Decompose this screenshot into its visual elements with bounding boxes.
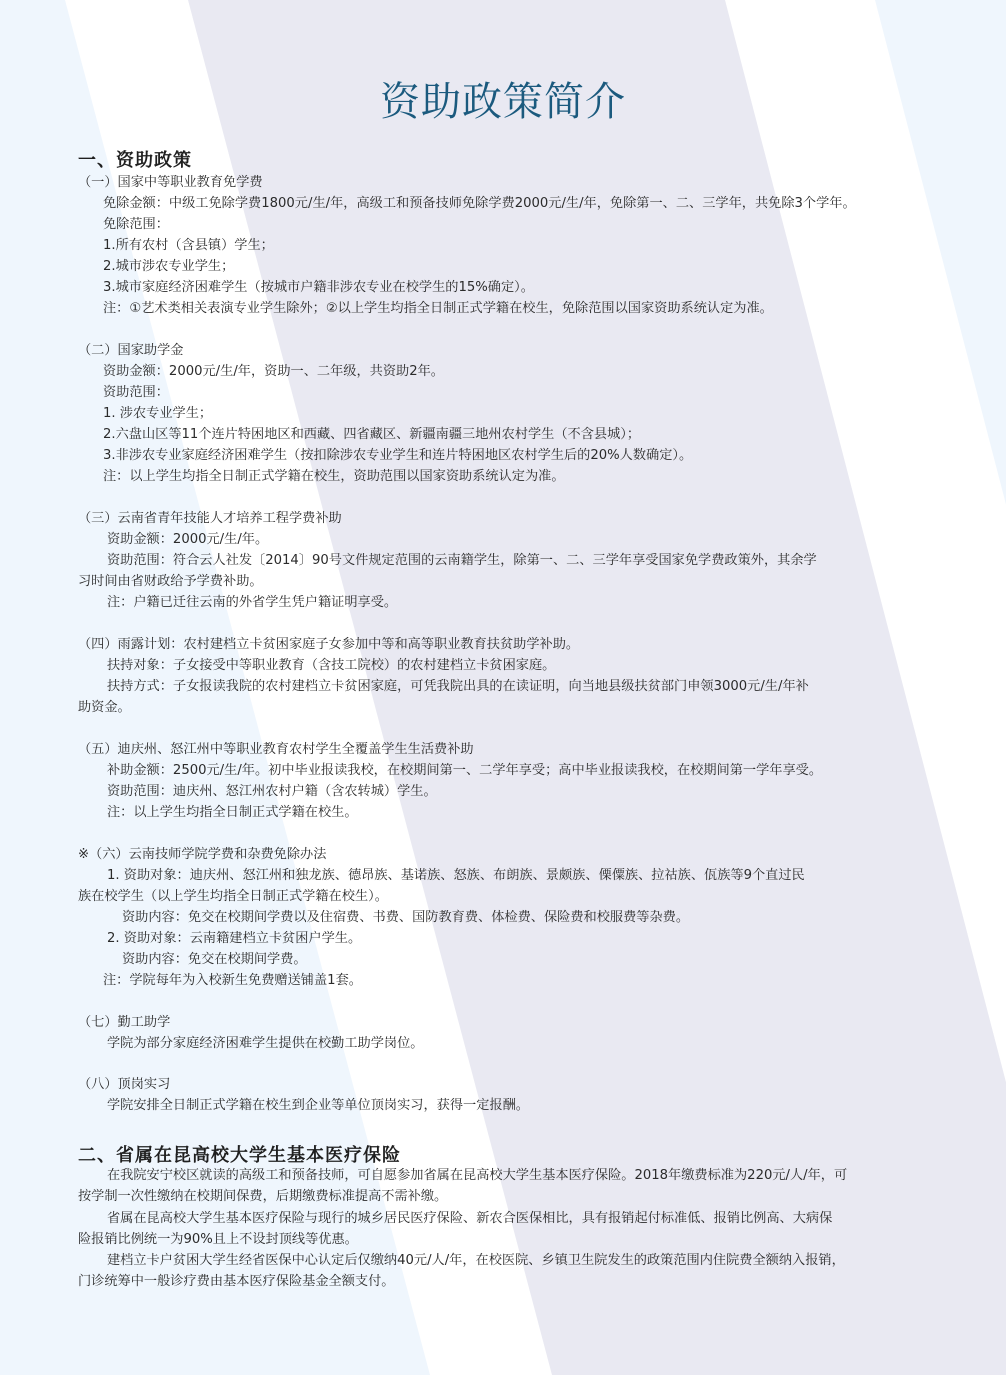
paragraph-line: 学院安排全日制正式学籍在校生到企业等单位顶岗实习，获得一定报酬。 — [107, 1096, 529, 1116]
subsection-heading: ※（六）云南技师学院学费和杂费免除办法 — [78, 845, 326, 865]
paragraph-line: 资助内容：免交在校期间学费。 — [122, 950, 307, 970]
list-item: 2.城市涉农专业学生； — [103, 257, 234, 277]
paragraph-line: 族在校学生（以上学生均指全日制正式学籍在校生）。 — [78, 887, 388, 907]
paragraph-line: 资助内容：免交在校期间学费以及住宿费、书费、国防教育费、体检费、保险费和校服费等… — [122, 908, 689, 928]
subsection-heading: （七）勤工助学 — [78, 1013, 170, 1033]
paragraph-line: 资助范围： — [103, 383, 169, 403]
paragraph-line: 资助金额：2000元/生/年，资助一、二年级，共资助2年。 — [103, 362, 444, 382]
subsection-heading: （二）国家助学金 — [78, 341, 184, 361]
paragraph-line: 学院为部分家庭经济困难学生提供在校勤工助学岗位。 — [107, 1034, 424, 1054]
note-text: 注：①艺术类相关表演专业学生除外；②以上学生均指全日制正式学籍在校生，免除范围以… — [103, 299, 773, 319]
section-heading-medical-insurance: 二、省属在昆高校大学生基本医疗保险 — [78, 1141, 401, 1167]
paragraph-line: 资助范围：符合云人社发〔2014〕90号文件规定范围的云南籍学生，除第一、二、三… — [107, 551, 817, 571]
paragraph-line: 2. 资助对象：云南籍建档立卡贫困户学生。 — [107, 929, 361, 949]
paragraph-line: 险报销比例统一为90%且上不设封顶线等优惠。 — [78, 1230, 358, 1250]
list-item: 2.六盘山区等11个连片特困地区和西藏、四省藏区、新疆南疆三地州农村学生（不含县… — [103, 425, 640, 445]
page-title: 资助政策简介 — [0, 70, 1006, 127]
list-item: 1.所有农村（含县镇）学生； — [103, 236, 274, 256]
note-text: 注：户籍已迁往云南的外省学生凭户籍证明享受。 — [107, 593, 397, 613]
paragraph-line: 省属在昆高校大学生基本医疗保险与现行的城乡居民医疗保险、新农合医保相比，具有报销… — [107, 1209, 832, 1229]
subsection-heading: （八）顶岗实习 — [78, 1075, 170, 1095]
paragraph-line: 按学制一次性缴纳在校期间保费，后期缴费标准提高不需补缴。 — [78, 1187, 447, 1207]
note-text: 注：以上学生均指全日制正式学籍在校生。 — [107, 803, 358, 823]
paragraph-line: 建档立卡户贫困大学生经省医保中心认定后仅缴纳40元/人/年，在校医院、乡镇卫生院… — [107, 1251, 845, 1271]
subsection-heading: （五）迪庆州、怒江州中等职业教育农村学生全覆盖学生生活费补助 — [78, 740, 474, 760]
list-item: 3.城市家庭经济困难学生（按城市户籍非涉农专业在校学生的15%确定）。 — [103, 278, 534, 298]
subsection-heading: （四）雨露计划：农村建档立卡贫困家庭子女参加中等和高等职业教育扶贫助学补助。 — [78, 635, 579, 655]
paragraph-line: 助资金。 — [78, 698, 131, 718]
paragraph-line: 资助范围：迪庆州、怒江州农村户籍（含农转城）学生。 — [107, 782, 437, 802]
paragraph-line: 免除范围： — [103, 215, 169, 235]
paragraph-line: 在我院安宁校区就读的高级工和预备技师，可自愿参加省属在昆高校大学生基本医疗保险。… — [107, 1166, 847, 1186]
list-item: 3.非涉农专业家庭经济困难学生（按扣除涉农专业学生和连片特困地区农村学生后的20… — [103, 446, 692, 466]
list-item: 1. 涉农专业学生； — [103, 404, 212, 424]
paragraph-line: 补助金额：2500元/生/年。初中毕业报读我校，在校期间第一、二学年享受；高中毕… — [107, 761, 822, 781]
paragraph-line: 资助金额：2000元/生/年。 — [107, 530, 268, 550]
subsection-heading: （三）云南省青年技能人才培养工程学费补助 — [78, 509, 342, 529]
paragraph-line: 扶持方式：子女报读我院的农村建档立卡贫困家庭，可凭我院出具的在读证明，向当地县级… — [107, 677, 809, 697]
note-text: 注：以上学生均指全日制正式学籍在校生，资助范围以国家资助系统认定为准。 — [103, 467, 565, 487]
paragraph-line: 扶持对象：子女接受中等职业教育（含技工院校）的农村建档立卡贫困家庭。 — [107, 656, 555, 676]
paragraph-line: 1. 资助对象：迪庆州、怒江州和独龙族、德昂族、基诺族、怒族、布朗族、景颇族、傈… — [107, 866, 805, 886]
note-text: 注：学院每年为入校新生免费赠送铺盖1套。 — [103, 971, 362, 991]
document-page: 资助政策简介 一、资助政策 （一）国家中等职业教育免学费 免除金额：中级工免除学… — [0, 0, 1006, 1375]
subsection-heading: （一）国家中等职业教育免学费 — [78, 173, 263, 193]
paragraph-line: 门诊统筹中一般诊疗费由基本医疗保险基金全额支付。 — [78, 1272, 395, 1292]
paragraph-line: 习时间由省财政给予学费补助。 — [78, 572, 263, 592]
section-heading-funding-policy: 一、资助政策 — [78, 146, 192, 172]
paragraph-line: 免除金额：中级工免除学费1800元/生/年，高级工和预备技师免除学费2000元/… — [103, 194, 856, 214]
